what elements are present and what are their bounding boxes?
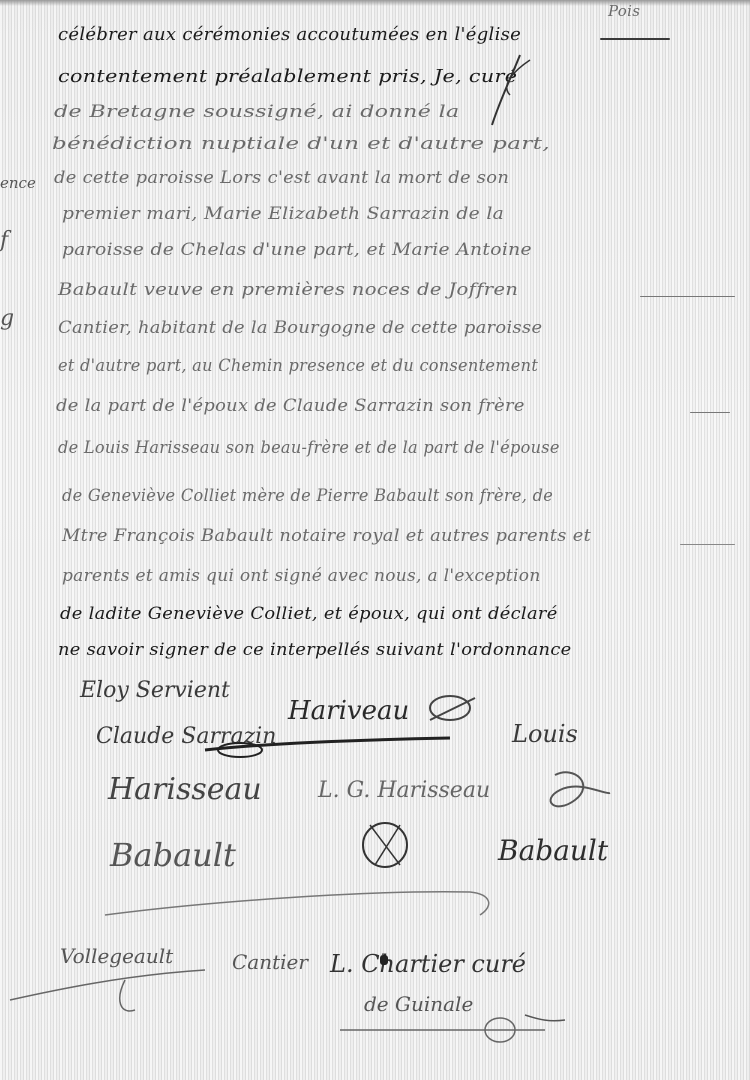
body-line-4: bénédiction nuptiale d'un et d'autre par… — [52, 134, 550, 154]
body-line-3: de Bretagne soussigné, ai donné la — [54, 102, 460, 122]
body-line-9: Cantier, habitant de la Bourgogne de cet… — [58, 318, 542, 338]
body-line-16: de ladite Geneviève Colliet, et époux, q… — [60, 604, 558, 624]
body-line-8: Babault veuve en premières noces de Joff… — [58, 280, 518, 300]
body-line-2: contentement préalablement pris, Je, cur… — [58, 66, 517, 87]
signature-eloy-servient: Eloy Servient — [80, 678, 230, 703]
body-line-15: parents et amis qui ont signé avec nous,… — [62, 566, 541, 586]
paraph-mark — [535, 765, 615, 825]
body-line-13: de Geneviève Colliet mère de Pierre Baba… — [62, 486, 553, 506]
line-filler-rule — [640, 296, 735, 297]
margin-note: g — [0, 306, 14, 331]
ink-stroke — [470, 50, 550, 130]
underline-flourish — [100, 880, 500, 920]
ink-blot — [380, 955, 388, 965]
signature-harisseau: Harisseau — [108, 772, 262, 807]
body-line-11: de la part de l'époux de Claude Sarrazin… — [56, 396, 525, 416]
signature-louis: Louis — [512, 720, 578, 748]
body-line-7: paroisse de Chelas d'une part, et Marie … — [62, 240, 532, 260]
line-filler-rule — [690, 412, 730, 413]
underline-flourish — [335, 1000, 575, 1050]
signature-cantier: Cantier — [232, 950, 308, 974]
flourish — [5, 960, 225, 1020]
line-filler-rule — [680, 544, 735, 545]
signature-lg-harisseau: L. G. Harisseau — [318, 778, 490, 803]
body-line-17: ne savoir signer de ce interpellés suiva… — [58, 640, 572, 660]
body-line-5: de cette paroisse Lors c'est avant la mo… — [54, 168, 509, 188]
body-line-1: célébrer aux cérémonies accoutumées en l… — [58, 24, 521, 45]
signature-l-chartier-cure: L. Chartier curé — [330, 950, 526, 978]
margin-note: ence — [0, 174, 36, 192]
body-line-10: et d'autre part, au Chemin presence et d… — [58, 356, 538, 376]
document-page: Pois célébrer aux cérémonies accoutumées… — [0, 0, 750, 1080]
signature-babault: Babault — [110, 836, 236, 874]
margin-note: f — [0, 228, 8, 253]
signature-hariveau: Hariveau — [288, 696, 409, 726]
signature-babault-2: Babault — [498, 834, 608, 867]
body-line-12: de Louis Harisseau son beau-frère et de … — [58, 438, 560, 458]
body-line-14: Mtre François Babault notaire royal et a… — [62, 526, 591, 546]
body-line-6: premier mari, Marie Elizabeth Sarrazin d… — [62, 204, 504, 224]
top-annotation: Pois — [608, 2, 640, 20]
line-filler-rule — [600, 38, 670, 40]
paraph-mark — [355, 815, 425, 875]
underline-flourish — [200, 730, 460, 760]
paraph-mark — [420, 690, 480, 730]
